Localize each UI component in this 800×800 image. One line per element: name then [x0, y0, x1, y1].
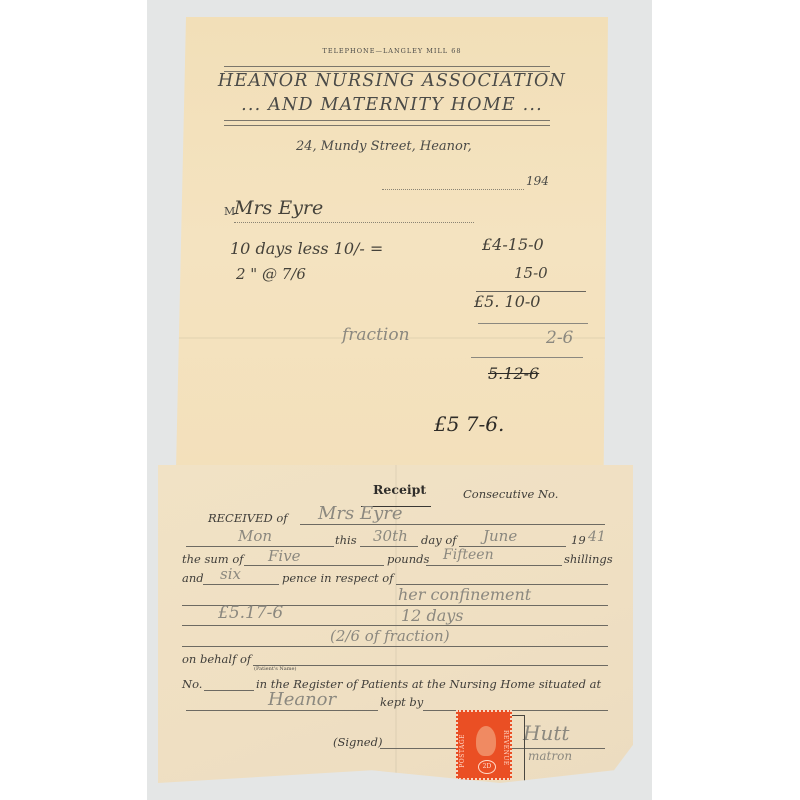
total-rule	[471, 357, 583, 358]
invoice-sheet: TELEPHONE—LANGLEY MILL 68 HEANOR NURSING…	[176, 17, 608, 469]
stamp-right-text: REVENUE	[502, 730, 509, 766]
stamp-value: 2D	[478, 760, 496, 774]
letterhead-address: 24, Mundy Street, Heanor,	[296, 139, 472, 154]
shillings-line	[426, 565, 562, 566]
signed-label: (Signed)	[333, 735, 382, 749]
signature-value: Hutt	[523, 721, 569, 745]
charge-line-1-desc: 10 days less 10/- =	[230, 239, 383, 258]
register-no-line	[204, 690, 254, 691]
date-year-prefix: 194	[526, 174, 549, 188]
day-value: 30th	[373, 527, 408, 545]
charge-line-2-amount: 15-0	[514, 264, 548, 282]
extra-charge-desc: fraction	[342, 325, 410, 345]
pence-label: pence in respect of	[282, 571, 394, 585]
amount-value: £5.17-6	[218, 603, 283, 623]
patient-name-caption: (Patient's Name)	[254, 666, 296, 672]
stamp-left-text: POSTAGE	[459, 734, 466, 768]
charge-line-1-amount: £4-15-0	[482, 235, 544, 254]
sum-of-label: the sum of	[182, 552, 244, 566]
final-total: £5 7-6.	[434, 412, 504, 436]
day-line	[360, 546, 418, 547]
consecutive-no-label: Consecutive No.	[463, 487, 558, 501]
this-label: this	[335, 533, 357, 547]
letterhead-subtitle: ... AND MATERNITY HOME ...	[176, 95, 608, 115]
telephone-line: TELEPHONE—LANGLEY MILL 68	[176, 47, 608, 55]
charge-line-2-desc: 2 " @ 7/6	[236, 265, 306, 283]
receipt-heading: Receipt	[373, 482, 426, 497]
register-no-label: No.	[182, 677, 202, 691]
extra-rule	[478, 323, 588, 324]
receipt-sheet: Receipt Consecutive No. RECEIVED of Mrs …	[158, 465, 633, 783]
subtotal-amount: £5. 10-0	[474, 292, 540, 311]
month-value: June	[483, 527, 517, 545]
header-rule-bottom	[224, 120, 550, 126]
patient-name-handwritten: Mrs Eyre	[234, 197, 323, 219]
date-line	[382, 179, 524, 190]
name-dotted-line	[234, 222, 474, 223]
signature-title: matron	[528, 749, 572, 763]
letterhead-title: HEANOR NURSING ASSOCIATION	[176, 71, 608, 91]
kept-by-line	[423, 710, 608, 711]
king-portrait-icon	[476, 726, 496, 756]
kept-by-label: kept by	[380, 695, 423, 709]
blank-line-7	[182, 646, 608, 647]
shillings-label: shillings	[564, 552, 613, 566]
days-value: 12 days	[401, 606, 463, 625]
received-of-label: RECEIVED of	[208, 511, 288, 525]
year-prefix: 19	[571, 533, 586, 547]
postage-stamp: POSTAGE REVENUE 2D	[456, 710, 512, 780]
patient-name-line	[253, 665, 608, 666]
day-of-label: day of	[421, 533, 457, 547]
on-behalf-of-label: on behalf of	[182, 652, 251, 666]
pounds-line	[244, 565, 384, 566]
extra-charge-amount: 2-6	[546, 328, 573, 348]
year-value: 41	[588, 529, 606, 545]
struck-total: 5.12-6	[488, 364, 539, 383]
respect-value: her confinement	[398, 585, 531, 604]
received-of-value: Mrs Eyre	[318, 503, 403, 524]
location-line	[186, 710, 378, 711]
received-of-line	[300, 524, 605, 525]
pounds-value: Five	[268, 547, 301, 565]
line-2-prefix-value: Mon	[238, 527, 272, 545]
blank-line-6	[182, 625, 608, 626]
pence-value: six	[220, 565, 241, 583]
pounds-label: pounds	[387, 552, 429, 566]
location-value: Heanor	[268, 689, 336, 710]
shillings-value: Fifteen	[443, 547, 494, 563]
and-label: and	[182, 571, 204, 585]
line-2-blank	[186, 546, 334, 547]
note-value: (2/6 of fraction)	[330, 627, 450, 645]
pence-line	[203, 584, 279, 585]
